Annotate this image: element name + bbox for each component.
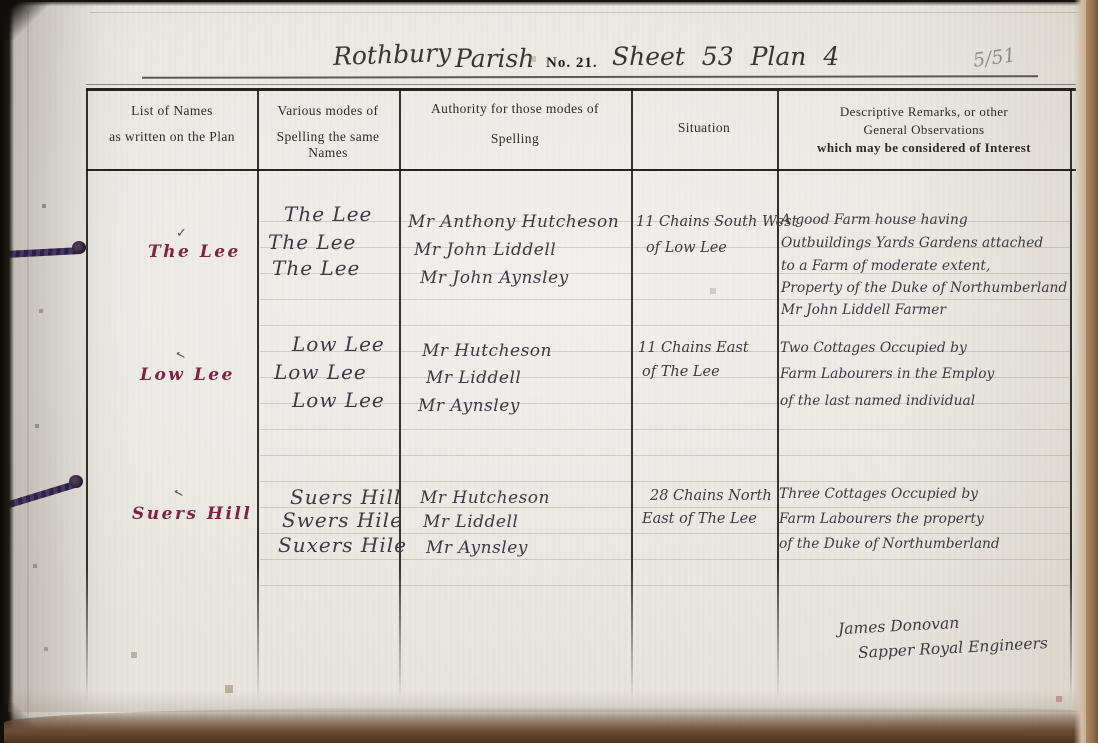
spelling-line: The Lee [272,256,360,280]
remark-line: Two Cottages Occupied by [780,340,967,356]
column-divider-2 [399,89,401,701]
check-mark: ✓ [176,226,187,241]
col-header-spellings-1: Various modes of [259,103,397,119]
parish-word-script: Parish [455,44,534,73]
authority-line: Mr Liddell [423,512,518,532]
remark-line: to a Farm of moderate extent, [781,258,990,274]
binding-hole-lower [69,475,83,488]
remark-line: Farm Labourers in the Employ [780,366,994,382]
authority-line: Mr John Aynsley [420,268,569,288]
header-separator [86,169,1076,171]
page-stack-edge [27,10,29,733]
col-header-remarks-2: General Observations [779,122,1069,138]
authority-line: Mr John Liddell [414,240,556,260]
col-header-remarks-3: which may be considered of Interest [779,140,1069,156]
remark-line: of the Duke of Northumberland [779,536,1000,552]
sheet-plan-script: Sheet 53 Plan 4 [612,42,839,71]
situation-line: of The Lee [642,364,720,380]
remark-line: Property of the Duke of Northumberland [781,280,1067,296]
entry-name: The Lee [148,242,241,262]
spelling-line: The Lee [284,202,372,226]
table-top-border-thick [86,88,1076,91]
adjacent-pages-edge [1086,0,1098,743]
column-divider-4 [777,89,779,701]
spelling-line: Suers Hill [290,485,401,509]
remark-line: Mr John Liddell Farmer [781,302,946,318]
number-stamp: No. 21. [546,55,598,72]
table-border-right [1070,89,1072,701]
remark-line: Outbuildings Yards Gardens attached [781,235,1043,251]
remark-line: Farm Labourers the property [779,511,984,527]
column-divider-3 [631,89,633,701]
remark-line: A good Farm house having [781,212,968,228]
col-header-names-2: as written on the Plan [88,129,256,145]
entry-name: Suers Hill [132,504,252,524]
authority-line: Mr Liddell [426,368,521,388]
col-header-authority-1: Authority for those modes of [401,101,629,117]
col-header-situation: Situation [633,120,775,136]
corner-shadow-top-left [0,0,60,40]
page-bottom-edge [4,707,1090,743]
spelling-line: The Lee [268,230,356,254]
top-faint-line [90,12,1080,13]
column-divider-1 [257,89,259,701]
page-top-edge [0,0,1098,6]
authority-line: Mr Hutcheson [422,341,552,361]
col-header-authority-2: Spelling [401,131,629,147]
table-top-border-thin [86,84,1076,85]
entry-name: Low Lee [140,365,235,385]
spelling-line: Low Lee [274,360,367,384]
book-spine-edge [0,0,14,743]
binding-hole-upper [72,241,86,254]
situation-line: East of The Lee [642,511,757,527]
parish-name-script: Rothbury [333,38,452,71]
remark-line: Three Cottages Occupied by [779,486,978,502]
col-header-remarks-1: Descriptive Remarks, or other [779,104,1069,120]
situation-line: of Low Lee [646,240,727,256]
spelling-line: Low Lee [292,388,385,412]
authority-line: Mr Hutcheson [420,488,550,508]
authority-line: Mr Aynsley [418,396,520,416]
situation-line: 28 Chains North [650,488,772,504]
authority-line: Mr Anthony Hutcheson [408,212,619,232]
spelling-line: Swers Hile [282,508,403,532]
table-border-left [86,89,88,701]
situation-line: 11 Chains East [638,340,749,356]
spelling-line: Low Lee [292,332,385,356]
col-header-spellings-2: Spelling the same Names [259,129,397,161]
remark-line: of the last named individual [780,393,975,409]
situation-line: 11 Chains South West [636,214,798,230]
spelling-line: Suxers Hile [278,533,407,557]
scanned-name-book-page: Rothbury Parish No. 21. Sheet 53 Plan 4 … [0,0,1098,743]
col-header-names-1: List of Names [88,103,256,119]
authority-line: Mr Aynsley [426,538,528,558]
